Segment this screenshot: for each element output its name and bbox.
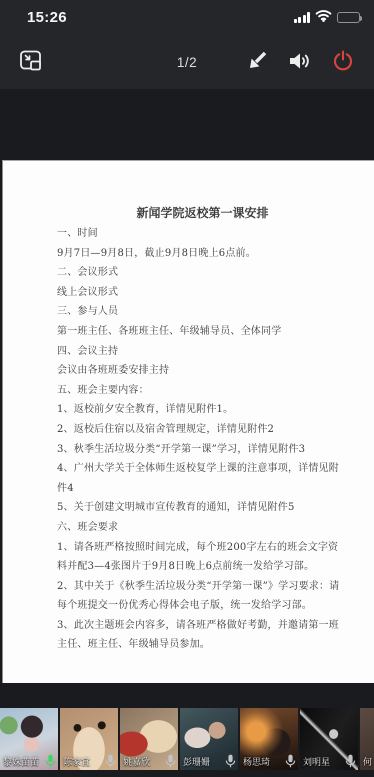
page-indicator: 1/2 (177, 55, 197, 70)
shared-document-area[interactable]: 新闻学院返校第一课安排 一、时间9月7日—9月8日，截止9月8日晚上6点前。二、… (0, 89, 374, 708)
doc-paragraph: 3、此次主题班会内容多，请各班严格做好考勤，并邀请第一班主任、班主任、年级辅导员… (57, 616, 348, 655)
doc-paragraph: 四、会议主持 (57, 342, 348, 362)
shrink-to-pip-icon (19, 49, 43, 75)
doc-paragraph: 5、关于创建文明城市宣传教育的通知，详情见附件5 (57, 498, 348, 518)
doc-paragraph: 六、班会要求 (57, 518, 348, 538)
participant-tile[interactable]: 何 (360, 708, 374, 770)
mic-on-icon (45, 754, 56, 768)
mic-muted-icon (105, 754, 116, 768)
participant-strip[interactable]: 黎姝苗苗陈家宜姚嘉欣彭珊姗杨思琦刘明星何 (0, 708, 374, 770)
doc-paragraph: 9月7日—9月8日，截止9月8日晚上6点前。 (57, 244, 348, 264)
participant-name: 彭珊姗 (183, 755, 210, 768)
doc-paragraph: 2、返校后住宿以及宿舍管理规定，详情见附件2 (57, 420, 348, 440)
annotate-arrow-button[interactable] (242, 47, 272, 77)
power-icon (332, 50, 354, 75)
doc-paragraph: 三、参与人员 (57, 302, 348, 322)
wifi-icon (315, 9, 332, 27)
document-body: 一、时间9月7日—9月8日，截止9月8日晚上6点前。二、会议形式线上会议形式三、… (57, 224, 348, 655)
battery-icon (337, 12, 360, 23)
document-title: 新闻学院返校第一课安排 (57, 203, 348, 223)
participant-tile[interactable]: 陈家宜 (60, 708, 118, 770)
participant-tile[interactable]: 刘明星 (300, 708, 358, 770)
participant-tile[interactable]: 彭珊姗 (180, 708, 238, 770)
participant-tile[interactable]: 黎姝苗苗 (0, 708, 58, 770)
leave-meeting-button[interactable] (328, 47, 358, 77)
doc-paragraph: 3、秋季生活垃圾分类“开学第一课”学习，详情见附件3 (57, 440, 348, 460)
participant-name: 黎姝苗苗 (3, 755, 39, 768)
doc-paragraph: 2、其中关于《秋季生活垃圾分类“开学第一课”》学习要求：请每个班提交一份优秀心得… (57, 577, 348, 616)
speaker-button[interactable] (285, 47, 315, 77)
mic-muted-icon (225, 754, 236, 768)
participant-name: 杨思琦 (243, 755, 270, 768)
minimize-pip-button[interactable] (16, 47, 46, 77)
cellular-signal-icon (294, 12, 311, 23)
mic-muted-icon (285, 754, 296, 768)
doc-paragraph: 1、请各班严格按照时间完成，每个班200字左右的班会文字资料并配3—4张图片于9… (57, 538, 348, 577)
doc-paragraph: 一、时间 (57, 224, 348, 244)
participant-tile[interactable]: 姚嘉欣 (120, 708, 178, 770)
doc-paragraph: 线上会议形式 (57, 283, 348, 303)
doc-paragraph: 第一班主任、各班班主任、年级辅导员、全体同学 (57, 322, 348, 342)
participant-name: 姚嘉欣 (123, 755, 150, 768)
doc-paragraph: 五、班会主要内容： (57, 381, 348, 401)
status-time: 15:26 (27, 9, 67, 26)
meeting-toolbar: 1/2 (0, 35, 374, 89)
header: 15:26 (0, 0, 374, 89)
doc-paragraph: 4、广州大学关于全体师生返校复学上课的注意事项，详情见附件4 (57, 459, 348, 498)
participant-name: 刘明星 (303, 755, 330, 768)
status-bar: 15:26 (0, 0, 374, 35)
speaker-on-icon (288, 52, 312, 73)
toolbar-right-group (242, 47, 358, 77)
mic-muted-icon (165, 754, 176, 768)
document-page: 新闻学院返校第一课安排 一、时间9月7日—9月8日，截止9月8日晚上6点前。二、… (2, 160, 374, 683)
arrow-southwest-icon (247, 50, 268, 74)
doc-paragraph: 会议由各班班委安排主持 (57, 361, 348, 381)
doc-paragraph: 二、会议形式 (57, 263, 348, 283)
participant-tile[interactable]: 杨思琦 (240, 708, 298, 770)
participant-name: 陈家宜 (63, 755, 90, 768)
doc-paragraph: 1、返校前夕安全教育，详情见附件1。 (57, 400, 348, 420)
status-icons (294, 9, 361, 27)
mic-muted-icon (345, 754, 356, 768)
participant-name: 何 (363, 755, 372, 768)
meeting-screen: 15:26 (0, 0, 374, 777)
